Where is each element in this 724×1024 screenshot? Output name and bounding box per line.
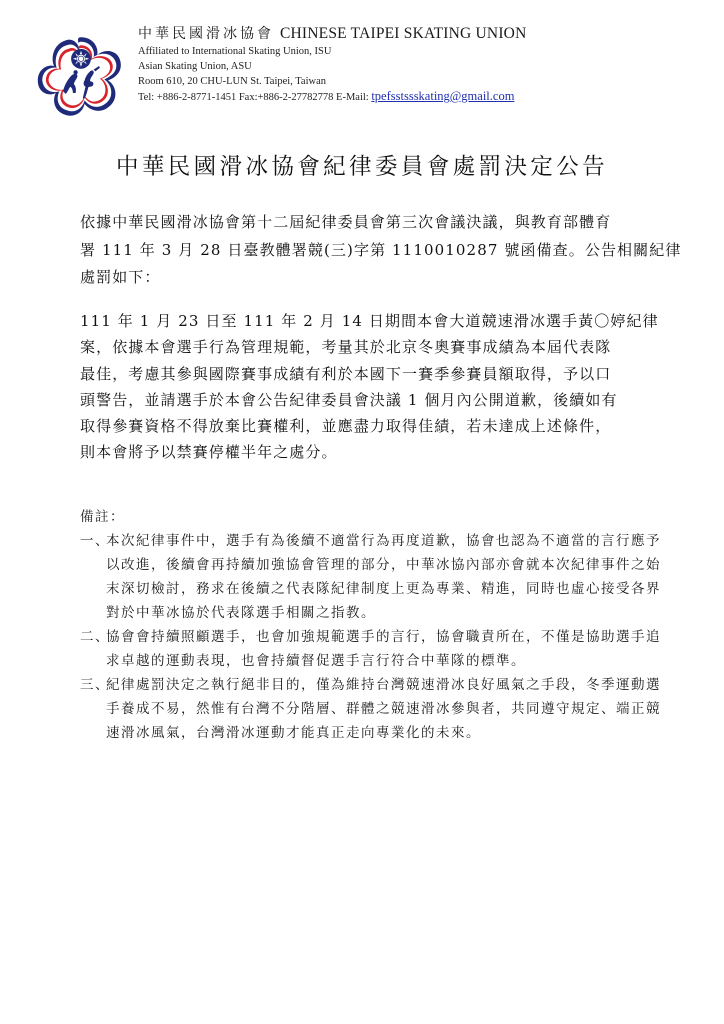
remarks-label: 備註： [80, 505, 660, 529]
remark-item-3: 三、 紀律處罰決定之執行絕非目的，僅為維持台灣競速滑冰良好風氣之手段，冬季運動選… [80, 673, 660, 745]
remark-body: 紀律處罰決定之執行絕非目的，僅為維持台灣競速滑冰良好風氣之手段，冬季運動選 手養… [80, 673, 660, 745]
paragraph-line: 取得參賽資格不得放棄比賽權利，並應盡力取得佳績，若未達成上述條件， [80, 413, 650, 439]
letterhead: 中華民國滑冰協會CHINESE TAIPEI SKATING UNION Aff… [36, 24, 696, 124]
skating-union-logo-icon [36, 30, 126, 120]
org-name-chinese: 中華民國滑冰協會 [138, 26, 274, 42]
paragraph-resolution-basis: 依據中華民國滑冰協會第十二屆紀律委員會第三次會議決議，與教育部體育 署 111 … [80, 209, 650, 292]
paragraph-line: 最佳，考慮其參與國際賽事成績有利於本國下一賽季參賽員額取得，予以口 [80, 361, 650, 387]
document-title: 中華民國滑冰協會紀律委員會處罰決定公告 [0, 150, 724, 184]
org-info: 中華民國滑冰協會CHINESE TAIPEI SKATING UNION Aff… [138, 24, 698, 105]
paragraph-line: 則本會將予以禁賽停權半年之處分。 [80, 439, 650, 465]
org-name-english: CHINESE TAIPEI SKATING UNION [280, 25, 526, 42]
remark-body: 本次紀律事件中，選手有為後續不適當行為再度道歉，協會也認為不適當的言行應予 以改… [80, 529, 660, 625]
email-link[interactable]: tpefsstssskating@gmail.com [371, 89, 514, 103]
remark-marker: 二、 [80, 625, 110, 649]
paragraph-line: 處罰如下： [80, 264, 650, 292]
paragraph-penalty-decision: 111 年 1 月 23 日至 111 年 2 月 14 日期間本會大道競速滑冰… [80, 308, 650, 466]
affiliation-isu: Affiliated to International Skating Unio… [138, 44, 698, 59]
remark-line: 末深切檢討，務求在後續之代表隊紀律制度上更為專業、精進，同時也虛心接受各界 [106, 577, 660, 601]
remark-line: 以改進，後續會再持續加強協會管理的部分，中華冰協內部亦會就本次紀律事件之始 [106, 553, 660, 577]
remark-item-2: 二、 協會會持續照顧選手，也會加強規範選手的言行，協會職責所在，不僅是協助選手追… [80, 625, 660, 673]
org-name: 中華民國滑冰協會CHINESE TAIPEI SKATING UNION [138, 24, 698, 44]
paragraph-line: 案，依據本會選手行為管理規範，考量其於北京冬奧賽事成績為本屆代表隊 [80, 334, 650, 360]
org-contact: Tel: +886-2-8771-1451 Fax:+886-2-2778277… [138, 89, 698, 105]
affiliation-asu: Asian Skating Union, ASU [138, 59, 698, 74]
contact-phone-fax: Tel: +886-2-8771-1451 Fax:+886-2-2778277… [138, 92, 371, 103]
org-address: Room 610, 20 CHU-LUN St. Taipei, Taiwan [138, 74, 698, 89]
remark-line: 協會會持續照顧選手，也會加強規範選手的言行，協會職責所在，不僅是協助選手追 [106, 625, 660, 649]
remark-line: 速滑冰風氣，台灣滑冰運動才能真正走向專業化的未來。 [106, 721, 660, 745]
paragraph-line: 依據中華民國滑冰協會第十二屆紀律委員會第三次會議決議，與教育部體育 [80, 209, 650, 237]
paragraph-line: 頭警告，並請選手於本會公告紀律委員會決議 1 個月內公開道歉，後續如有 [80, 387, 650, 413]
remark-marker: 三、 [80, 673, 110, 697]
remark-body: 協會會持續照顧選手，也會加強規範選手的言行，協會職責所在，不僅是協助選手追 求卓… [80, 625, 660, 673]
paragraph-line: 111 年 1 月 23 日至 111 年 2 月 14 日期間本會大道競速滑冰… [80, 308, 650, 334]
remark-marker: 一、 [80, 529, 110, 553]
remarks-section: 備註： 一、 本次紀律事件中，選手有為後續不適當行為再度道歉，協會也認為不適當的… [80, 505, 660, 745]
remark-item-1: 一、 本次紀律事件中，選手有為後續不適當行為再度道歉，協會也認為不適當的言行應予… [80, 529, 660, 625]
remark-line: 紀律處罰決定之執行絕非目的，僅為維持台灣競速滑冰良好風氣之手段，冬季運動選 [106, 673, 660, 697]
remark-line: 本次紀律事件中，選手有為後續不適當行為再度道歉，協會也認為不適當的言行應予 [106, 529, 660, 553]
paragraph-line: 署 111 年 3 月 28 日臺教體署競(三)字第 1110010287 號函… [80, 237, 650, 265]
remark-line: 手養成不易，然惟有台灣不分階層、群體之競速滑冰參與者，共同遵守規定、端正競 [106, 697, 660, 721]
remark-line: 求卓越的運動表現，也會持續督促選手言行符合中華隊的標準。 [106, 649, 660, 673]
remark-line: 對於中華冰協於代表隊選手相關之指教。 [106, 601, 660, 625]
